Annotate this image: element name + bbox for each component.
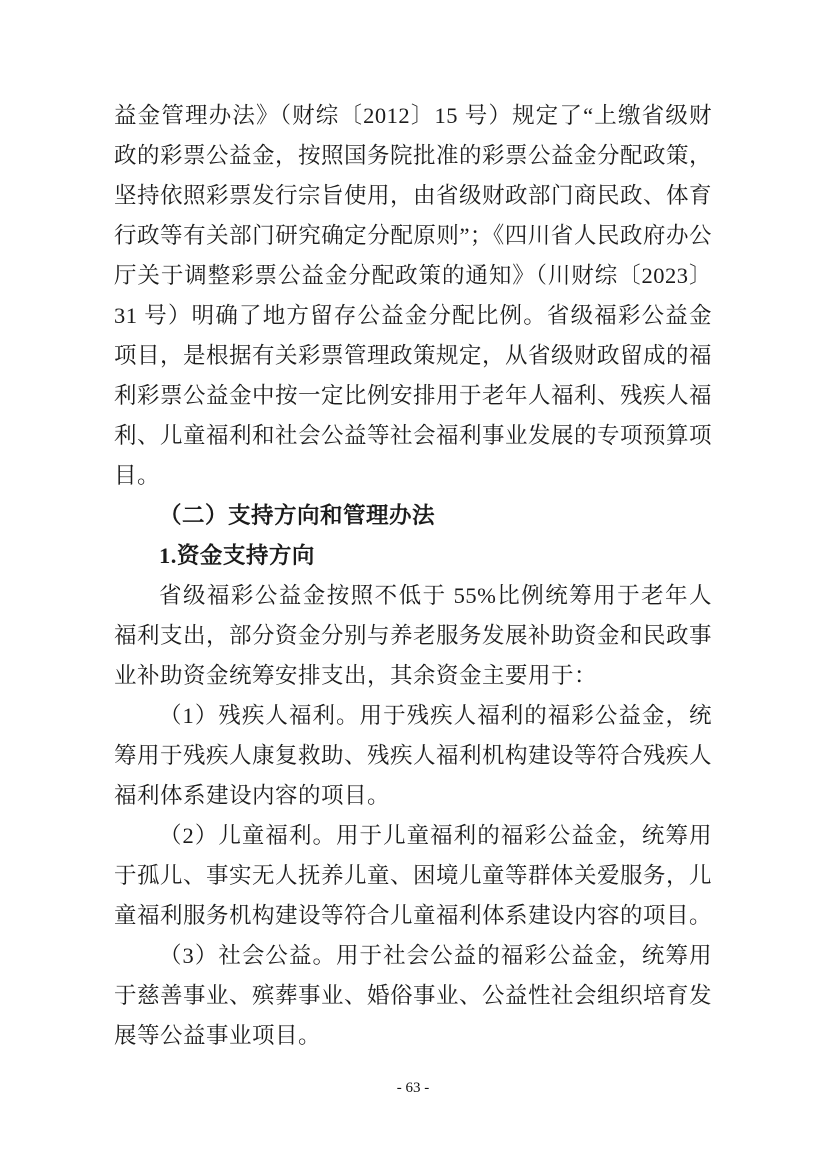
sub-heading-funding-support-direction: 1.资金支持方向 — [114, 536, 712, 576]
paragraph-social-welfare: （3）社会公益。用于社会公益的福彩公益金，统筹用于慈善事业、殡葬事业、婚俗事业、… — [114, 936, 712, 1056]
paragraph-disabled-welfare: （1）残疾人福利。用于残疾人福利的福彩公益金，统筹用于残疾人康复救助、残疾人福利… — [114, 696, 712, 816]
document-page: 益金管理办法》（财综〔2012〕15 号）规定了“上缴省级财政的彩票公益金，按照… — [0, 0, 826, 1169]
page-number: - 63 - — [397, 1080, 430, 1096]
page-footer: - 63 - — [0, 1078, 826, 1098]
section-heading-support-direction-and-management: （二）支持方向和管理办法 — [114, 496, 712, 536]
paragraph-policy-basis: 益金管理办法》（财综〔2012〕15 号）规定了“上缴省级财政的彩票公益金，按照… — [114, 96, 712, 496]
document-body: 益金管理办法》（财综〔2012〕15 号）规定了“上缴省级财政的彩票公益金，按照… — [114, 96, 712, 1056]
paragraph-funding-allocation: 省级福彩公益金按照不低于 55%比例统筹用于老年人福利支出，部分资金分别与养老服… — [114, 576, 712, 696]
paragraph-child-welfare: （2）儿童福利。用于儿童福利的福彩公益金，统筹用于孤儿、事实无人抚养儿童、困境儿… — [114, 816, 712, 936]
